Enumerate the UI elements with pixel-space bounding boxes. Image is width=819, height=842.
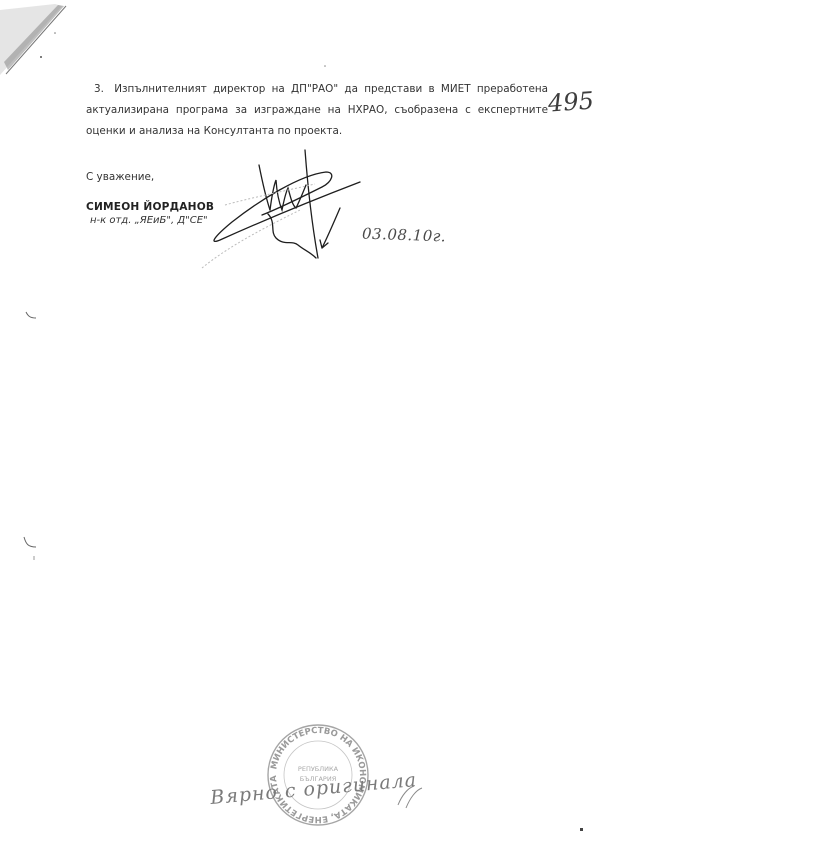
signature bbox=[214, 150, 360, 258]
document-page: 3. Изпълнителният директор на ДП"РАО" да… bbox=[0, 0, 819, 842]
binder-hole-mark bbox=[24, 312, 36, 560]
scan-speck bbox=[580, 828, 583, 831]
folded-corner-shadow bbox=[0, 4, 66, 75]
signature-faint-stroke bbox=[202, 184, 315, 268]
stamp-inner-line-1: РЕПУБЛИКА bbox=[298, 765, 339, 773]
scan-artifacts-layer: МИНИСТЕРСТВО НА ИКОНОМИКАТА, ЕНЕРГЕТИКАТ… bbox=[0, 0, 819, 842]
